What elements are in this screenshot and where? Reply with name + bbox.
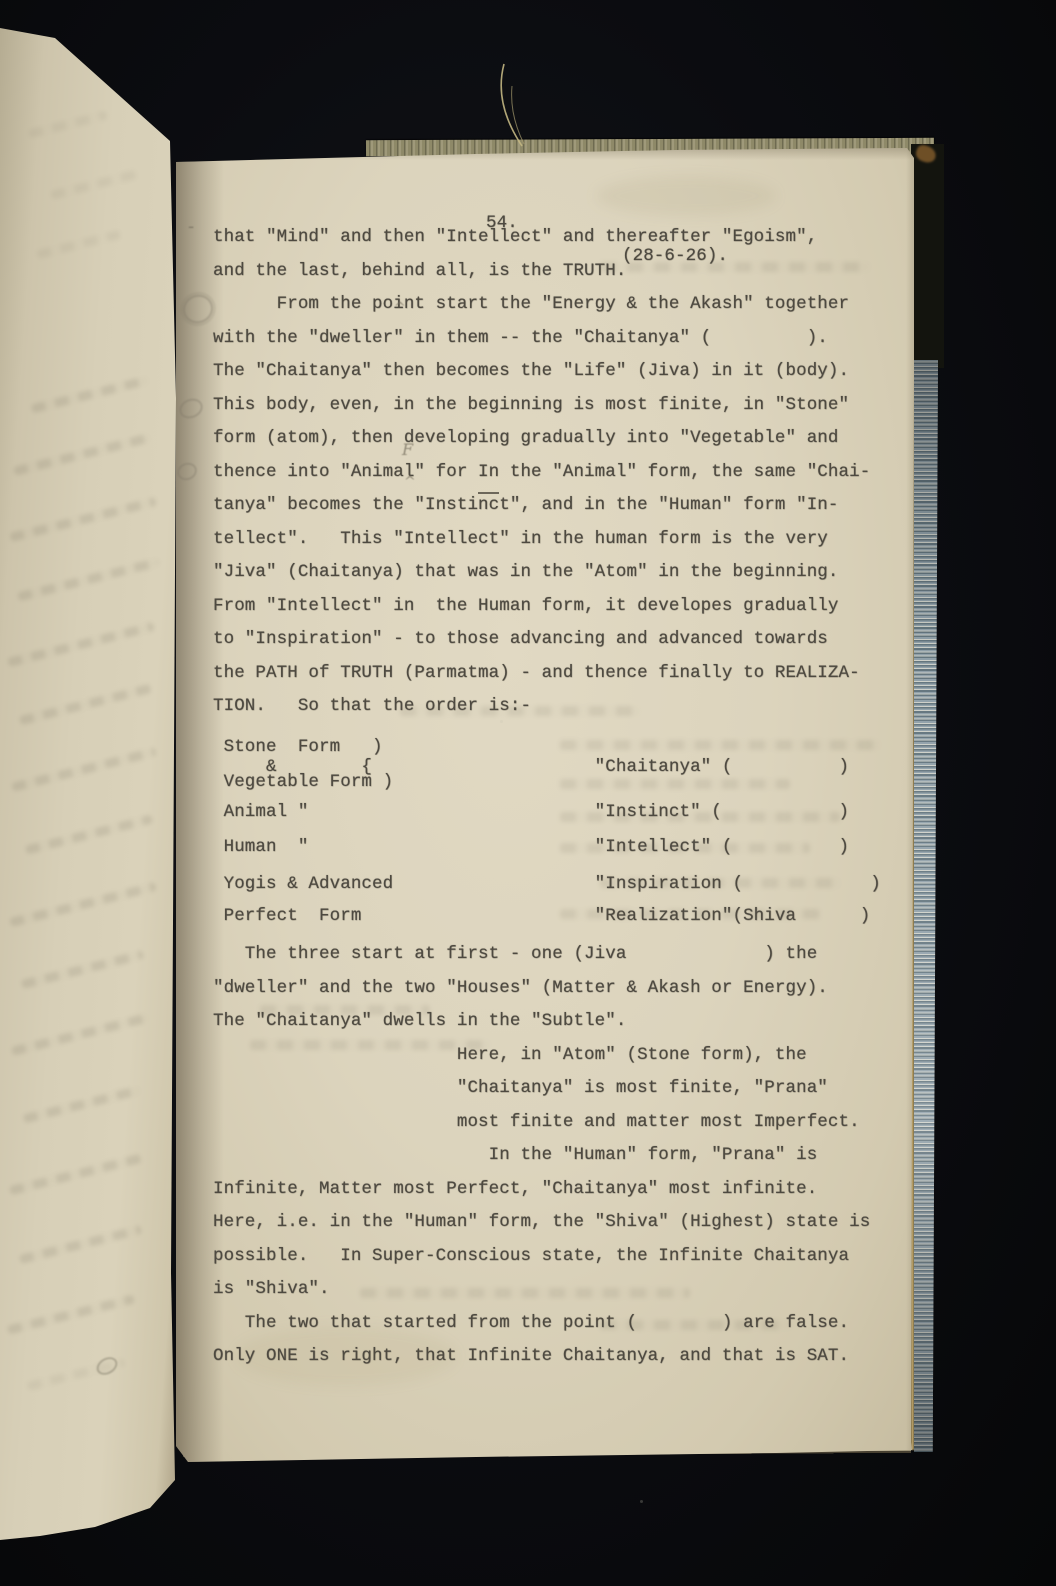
inserted-letter-f: F — [402, 440, 413, 459]
typed-line: From "Intellect" in the Human form, it d… — [213, 590, 870, 624]
typed-line: In the "Human" form, "Prana" is — [213, 1139, 870, 1173]
manuscript-page: 54. (28-6-26). that "Mind" and then "Int… — [176, 146, 916, 1462]
order-row-human: Human " "Intellect" ( ) — [213, 831, 849, 865]
typed-line: most finite and matter most Imperfect. — [213, 1106, 870, 1140]
paragraph-block-2: The three start at first - one (Jiva ) t… — [213, 938, 870, 1374]
show-through-line — [9, 497, 157, 542]
show-through-line — [11, 1013, 149, 1056]
show-through-line — [17, 558, 160, 602]
show-through-line — [7, 1294, 135, 1334]
typed-line: with the "dweller" in them -- the "Chait… — [213, 322, 870, 356]
show-through-line — [25, 814, 153, 854]
typed-line: This body, even, in the beginning is mos… — [213, 389, 870, 423]
show-through-line — [36, 230, 121, 259]
typed-line: possible. In Super-Conscious state, the … — [213, 1240, 870, 1274]
order-row-yogis: Yogis & Advanced "Inspiration ( ) — [213, 868, 881, 902]
show-through-line — [13, 433, 151, 476]
typed-line: The "Chaitanya" dwells in the "Subtle". — [213, 1005, 870, 1039]
typed-line: From the point start the "Energy & the A… — [213, 288, 870, 322]
show-through-line — [9, 1154, 142, 1195]
typed-line: thence into "Animal" for In the "Animal"… — [213, 456, 870, 490]
book-photo: 54. (28-6-26). that "Mind" and then "Int… — [0, 0, 1056, 1586]
show-through-line — [21, 950, 144, 989]
dust-speck — [500, 720, 503, 723]
show-through-line — [28, 110, 108, 138]
typed-underline — [478, 492, 499, 494]
typed-line: that "Mind" and then "Intellect" and the… — [213, 221, 870, 255]
typed-line: the PATH of TRUTH (Parmatma) - and thenc… — [213, 657, 870, 691]
typed-line: "Jiva" (Chaitanya) that was in the "Atom… — [213, 556, 870, 590]
dust-speck — [640, 1500, 643, 1503]
show-through-line — [19, 1225, 142, 1264]
typed-line: Here, i.e. in the "Human" form, the "Shi… — [213, 1206, 870, 1240]
typed-line: form (atom), then developing gradually i… — [213, 422, 870, 456]
typed-line: "Chaitanya" is most finite, "Prana" — [213, 1072, 870, 1106]
fore-edge-page-stack — [914, 360, 938, 1452]
show-through-text — [560, 740, 880, 750]
order-row-vegetable: Vegetable Form ) — [213, 766, 393, 800]
typed-line: tanya" becomes the "Instinct", and in th… — [213, 489, 870, 523]
insertion-caret-icon: ^ — [394, 300, 406, 316]
typed-line: tellect". This "Intellect" in the human … — [213, 523, 870, 557]
typed-line: to "Inspiration" - to those advancing an… — [213, 623, 870, 657]
paragraph-block-1: that "Mind" and then "Intellect" and the… — [213, 221, 870, 724]
page-header: 54. (28-6-26). — [176, 173, 916, 207]
binding-edge — [911, 144, 944, 368]
show-through-line — [7, 622, 155, 667]
typed-line: The three start at first - one (Jiva ) t… — [213, 938, 870, 972]
typed-line: and the last, behind all, is the TRUTH. — [213, 255, 870, 289]
order-row-animal: Animal " "Instinct" ( ) — [213, 796, 849, 830]
show-through-line — [23, 1086, 142, 1124]
show-through-line — [31, 376, 150, 414]
typed-line: The "Chaitanya" then becomes the "Life" … — [213, 355, 870, 389]
typed-line: TION. So that the order is:- — [213, 690, 870, 724]
typed-line: Infinite, Matter most Perfect, "Chaitany… — [213, 1173, 870, 1207]
facing-page — [0, 28, 180, 1546]
pencil-scribble-icon — [93, 1354, 120, 1379]
loose-thread-icon — [452, 56, 552, 156]
show-through-line — [9, 882, 157, 927]
typed-line: The two that started from the point ( ) … — [213, 1307, 870, 1341]
typed-line: Here, in "Atom" (Stone form), the — [213, 1039, 870, 1073]
show-through-line — [11, 747, 157, 792]
show-through-line — [19, 684, 152, 725]
insertion-caret-icon: ^ — [404, 474, 416, 490]
order-row-perfect: Perfect Form "Realization"(Shiva ) — [213, 900, 870, 934]
typed-line: Only ONE is right, that Infinite Chaitan… — [213, 1340, 870, 1374]
margin-dash-mark: - — [188, 216, 194, 237]
show-through-line — [50, 169, 140, 200]
typed-line: "dweller" and the two "Houses" (Matter &… — [213, 972, 870, 1006]
typed-line: is "Shiva". — [213, 1273, 870, 1307]
